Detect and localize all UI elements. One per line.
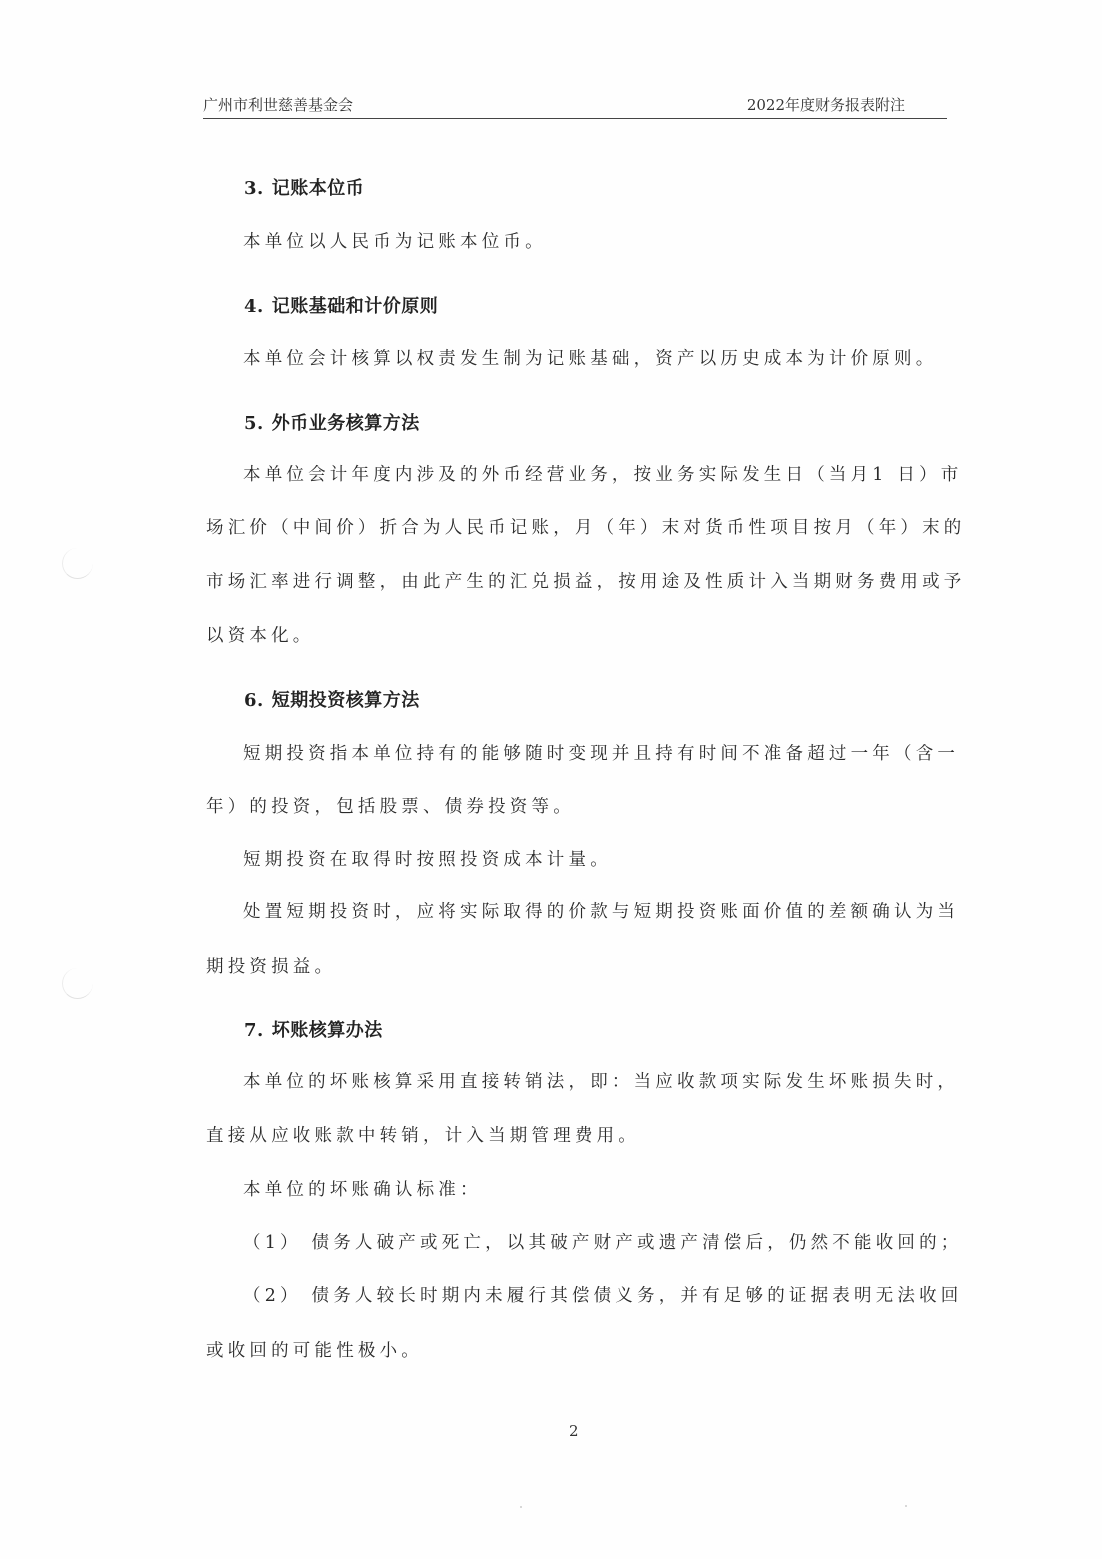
section-title: 记账本位币 <box>272 178 365 199</box>
section-title: 外币业务核算方法 <box>272 413 420 434</box>
section-title: 记账基础和计价原则 <box>272 296 439 317</box>
document-title: 2022年度财务报表附注 <box>747 94 905 115</box>
page-number: 2 <box>569 1422 579 1440</box>
section-number: 4. <box>244 296 264 317</box>
section-heading-5: 5.外币业务核算方法 <box>244 409 420 435</box>
punch-hole-mark <box>62 968 93 999</box>
paragraph-line: 短期投资指本单位持有的能够随时变现并且持有时间不准备超过一年（含一 <box>243 740 959 765</box>
scan-speck <box>905 1505 907 1507</box>
paragraph-line: 本单位的坏账核算采用直接转销法，即：当应收款项实际发生坏账损失时， <box>243 1068 959 1093</box>
section-heading-7: 7.坏账核算办法 <box>244 1016 383 1042</box>
section-heading-4: 4.记账基础和计价原则 <box>244 292 438 318</box>
document-page: 广州市利世慈善基金会 2022年度财务报表附注 3.记账本位币 本单位以人民币为… <box>0 0 1102 1559</box>
section-title: 短期投资核算方法 <box>272 690 420 711</box>
paragraph-line: 本单位会计年度内涉及的外币经营业务，按业务实际发生日（当月1 日）市 <box>243 461 963 486</box>
section-number: 5. <box>244 413 264 434</box>
list-item-1: （1） 债务人破产或死亡，以其破产财产或遗产清偿后，仍然不能收回的； <box>243 1229 963 1254</box>
section-heading-3: 3.记账本位币 <box>244 174 364 200</box>
punch-hole-mark <box>62 548 93 579</box>
paragraph-line: 以资本化。 <box>206 622 315 647</box>
paragraph-line: 或收回的可能性极小。 <box>206 1337 423 1362</box>
section-number: 7. <box>244 1020 264 1041</box>
scan-speck <box>520 1506 522 1508</box>
paragraph-line: 年）的投资，包括股票、债券投资等。 <box>206 793 575 818</box>
paragraph-line: 市场汇率进行调整，由此产生的汇兑损益，按用途及性质计入当期财务费用或予 <box>206 568 966 593</box>
section-title: 坏账核算办法 <box>272 1020 383 1041</box>
organization-name: 广州市利世慈善基金会 <box>203 94 353 115</box>
paragraph-line: 场汇价（中间价）折合为人民币记账，月（年）末对货币性项目按月（年）末的 <box>206 514 966 539</box>
header-divider <box>203 118 947 119</box>
list-item-2: （2） 债务人较长时期内未履行其偿债义务，并有足够的证据表明无法收回 <box>243 1282 963 1307</box>
paragraph-line: 本单位的坏账确认标准： <box>243 1176 482 1201</box>
paragraph-line: 直接从应收账款中转销，计入当期管理费用。 <box>206 1122 640 1147</box>
paragraph-line: 期投资损益。 <box>206 953 336 978</box>
section-heading-6: 6.短期投资核算方法 <box>244 686 420 712</box>
paragraph-line: 短期投资在取得时按照投资成本计量。 <box>243 846 612 871</box>
paragraph-line: 本单位会计核算以权责发生制为记账基础，资产以历史成本为计价原则。 <box>243 345 937 370</box>
section-number: 6. <box>244 690 264 711</box>
page-header: 广州市利世慈善基金会 2022年度财务报表附注 <box>203 92 947 118</box>
paragraph-line: 处置短期投资时，应将实际取得的价款与短期投资账面价值的差额确认为当 <box>243 898 959 923</box>
section-number: 3. <box>244 178 264 199</box>
paragraph-line: 本单位以人民币为记账本位币。 <box>243 228 547 253</box>
